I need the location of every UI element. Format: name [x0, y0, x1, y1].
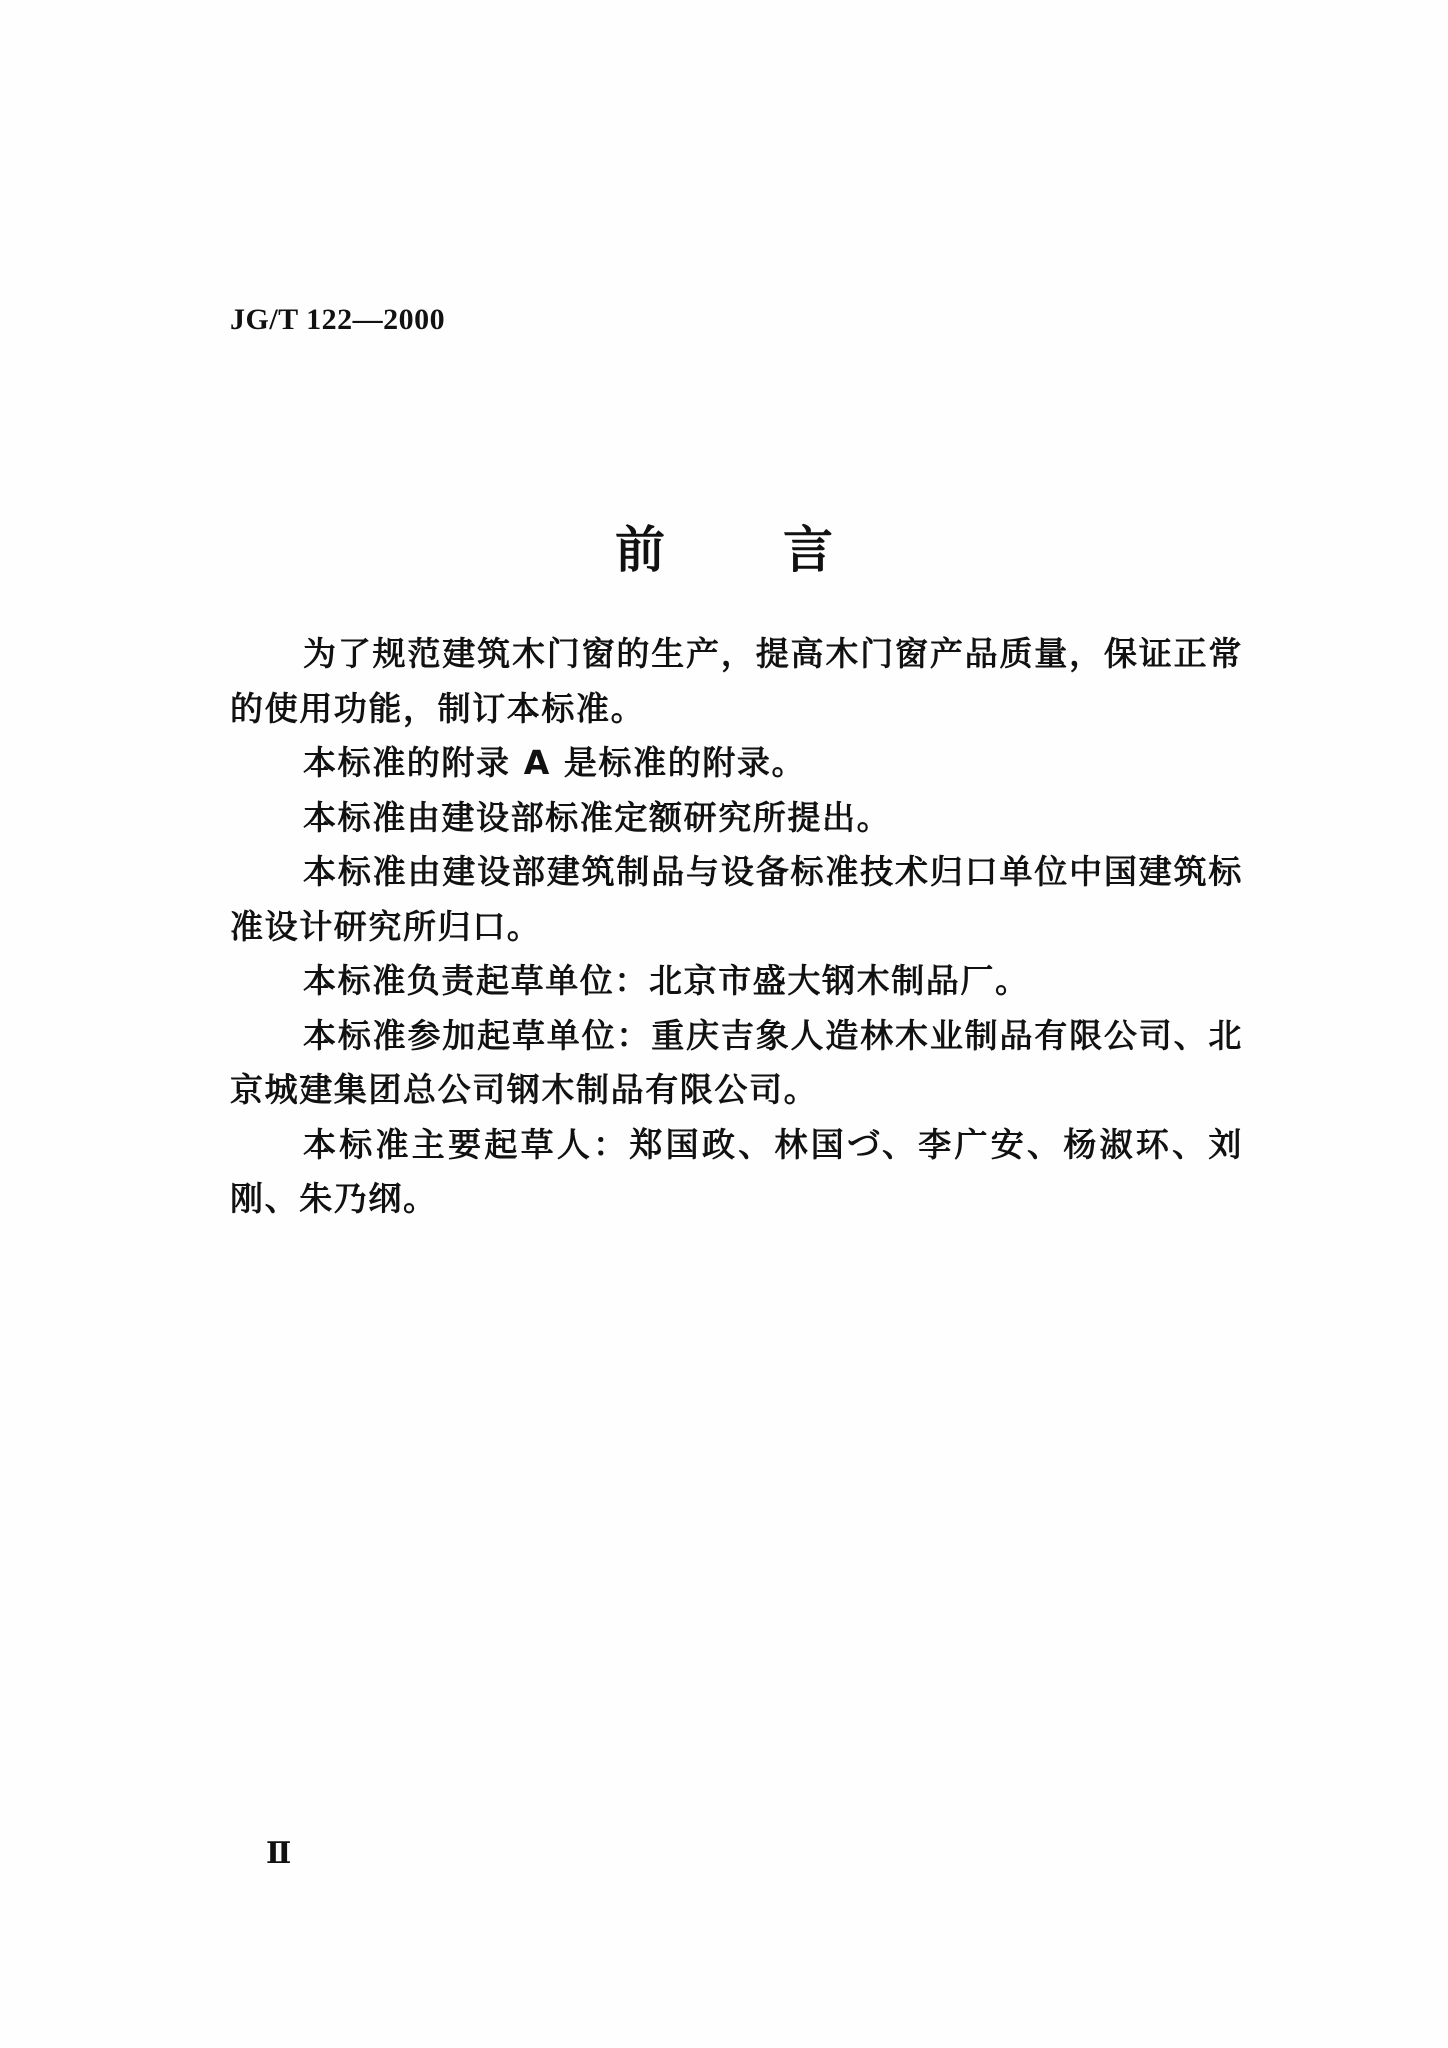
paragraph-appendix: 本标准的附录 A 是标准的附录。: [230, 736, 1243, 791]
paragraph-proposed-by: 本标准由建设部标准定额研究所提出。: [230, 791, 1243, 846]
title-char-2: 言: [783, 510, 833, 582]
paragraph-main-drafters: 本标准主要起草人：郑国政、林国づ、李广安、杨淑环、刘刚、朱乃纲。: [230, 1118, 1243, 1227]
paragraph-administered-by: 本标准由建设部建筑制品与设备标准技术归口单位中国建筑标准设计研究所归口。: [230, 845, 1243, 954]
paragraph-participating-drafters: 本标准参加起草单位：重庆吉象人造林木业制品有限公司、北京城建集团总公司钢木制品有…: [230, 1009, 1243, 1118]
page-number: Ⅱ: [266, 1836, 291, 1871]
document-page: JG/T 122—2000 前言 为了规范建筑木门窗的生产，提高木门窗产品质量，…: [0, 0, 1448, 2048]
paragraph-lead-drafter: 本标准负责起草单位：北京市盛大钢木制品厂。: [230, 954, 1243, 1009]
standard-code-header: JG/T 122—2000: [230, 303, 445, 337]
title-char-1: 前: [615, 510, 665, 582]
page-title: 前言: [0, 510, 1448, 582]
paragraph-purpose: 为了规范建筑木门窗的生产，提高木门窗产品质量，保证正常的使用功能，制订本标准。: [230, 627, 1243, 736]
foreword-body: 为了规范建筑木门窗的生产，提高木门窗产品质量，保证正常的使用功能，制订本标准。 …: [230, 627, 1243, 1227]
